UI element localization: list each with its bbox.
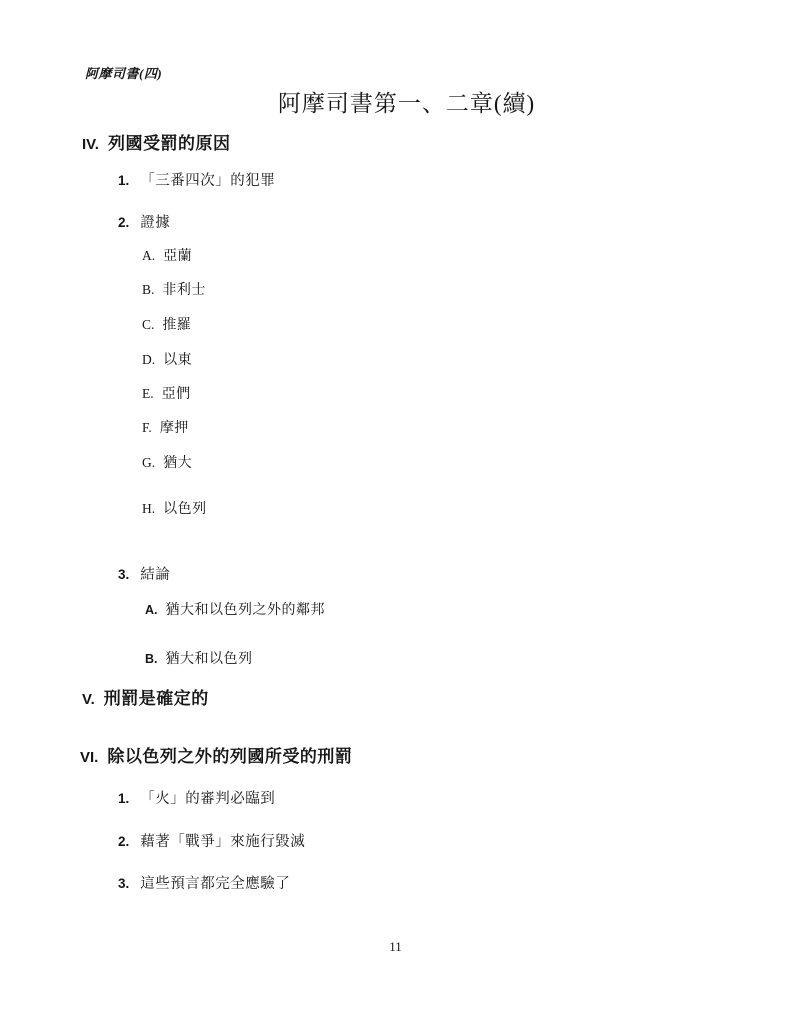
item-number: 2. [118,215,129,230]
page-title: 阿摩司書第一、二章(續) [0,90,791,119]
subitem-letter: A. [145,603,158,617]
item-number: 3. [118,567,129,582]
item-text: 「火」的審判必臨到 [140,791,275,807]
running-header: 阿摩司書(四) [85,66,162,82]
item-number: 1. [118,791,129,806]
subitem-text: 非利士 [162,283,206,298]
subitem-text: 猶大 [163,456,192,471]
outline-item: 3.這些預言都完全應驗了 [118,874,290,894]
page-number: 11 [0,939,791,955]
outline-subitem: F.摩押 [142,418,189,438]
outline-item: 2.藉著「戰爭」來施行毀滅 [118,832,305,852]
section-title-text: 除以色列之外的列國所受的刑罰 [107,747,352,766]
section-heading-v: V.刑罰是確定的 [82,688,209,710]
outline-subitem: B.非利士 [142,280,206,300]
item-text: 這些預言都完全應驗了 [140,876,290,892]
subitem-text: 摩押 [160,421,189,436]
section-heading-vi: VI.除以色列之外的列國所受的刑罰 [80,746,352,768]
subitem-letter: E. [142,386,154,401]
section-title-text: 列國受罰的原因 [108,134,231,153]
subitem-text: 亞蘭 [163,249,192,264]
subitem-letter: B. [142,282,154,297]
item-text: 藉著「戰爭」來施行毀滅 [140,834,305,850]
outline-subitem: D.以東 [142,350,192,370]
subitem-letter: D. [142,352,155,367]
section-heading-iv: IV.列國受罰的原因 [82,133,230,155]
subitem-text: 猶大和以色列 [166,652,253,667]
outline-item: 1.「三番四次」的犯罪 [118,171,275,191]
outline-subitem: A.亞蘭 [142,246,192,266]
subitem-text: 推羅 [162,318,191,333]
section-numeral: V. [82,691,95,708]
item-text: 「三番四次」的犯罪 [140,173,275,189]
subitem-letter: A. [142,248,155,263]
document-page: 阿摩司書(四) 阿摩司書第一、二章(續) IV.列國受罰的原因 1.「三番四次」… [0,0,791,1024]
item-number: 3. [118,876,129,891]
outline-subitem: A.猶大和以色列之外的鄰邦 [145,600,325,620]
item-number: 1. [118,173,129,188]
subitem-text: 猶大和以色列之外的鄰邦 [166,603,326,618]
outline-subitem: C.推羅 [142,315,191,335]
outline-item: 1.「火」的審判必臨到 [118,789,275,809]
outline-subitem: E.亞們 [142,384,191,404]
subitem-letter: F. [142,420,152,435]
subitem-text: 以色列 [163,502,207,517]
subitem-letter: G. [142,455,155,470]
subitem-letter: B. [145,652,158,666]
item-text: 證據 [140,215,170,231]
section-numeral: VI. [80,749,98,766]
outline-subitem: H.以色列 [142,499,207,519]
section-numeral: IV. [82,136,99,153]
section-title-text: 刑罰是確定的 [104,689,209,708]
subitem-text: 以東 [163,353,192,368]
item-text: 結論 [140,567,170,583]
outline-subitem: G.猶大 [142,453,192,473]
item-number: 2. [118,834,129,849]
outline-item: 2.證據 [118,213,170,233]
outline-subitem: B.猶大和以色列 [145,649,253,669]
outline-item: 3.結論 [118,565,170,585]
subitem-text: 亞們 [162,387,191,402]
subitem-letter: H. [142,501,155,516]
subitem-letter: C. [142,317,154,332]
